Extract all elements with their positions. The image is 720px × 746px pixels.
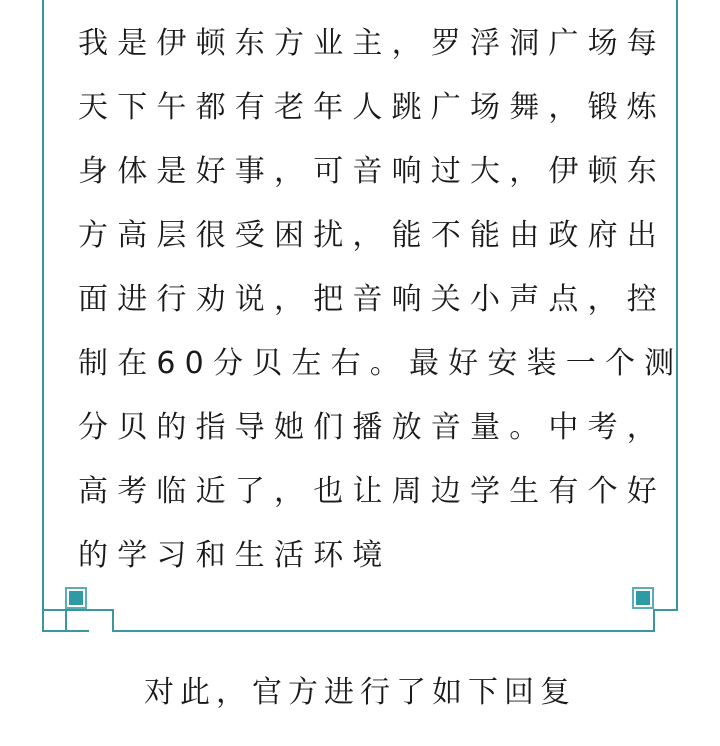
- corner-br-vertical: [653, 609, 655, 632]
- corner-bl-horizontal-lower: [42, 630, 89, 632]
- quote-line: 方高层很受困扰，能不能由政府出: [78, 204, 644, 268]
- quote-line: 我是伊顿东方业主，罗浮洞广场每: [78, 12, 644, 76]
- frame-bottom-border: [112, 630, 655, 632]
- frame-right-border: [676, 0, 678, 610]
- corner-bl-vertical-step: [112, 609, 114, 631]
- reply-caption: 对此，官方进行了如下回复: [0, 667, 720, 711]
- corner-bl-vertical-inner: [65, 609, 67, 631]
- corner-br-square-icon: [632, 587, 654, 609]
- corner-br-square-fill: [636, 591, 650, 605]
- quote-body: 我是伊顿东方业主，罗浮洞广场每 天下午都有老年人跳广场舞，锻炼 身体是好事，可音…: [78, 12, 644, 588]
- quote-line: 身体是好事，可音响过大，伊顿东: [78, 140, 644, 204]
- quote-line: 的学习和生活环境: [78, 524, 644, 588]
- corner-bl-square-icon: [65, 587, 87, 609]
- corner-bl-square-fill: [69, 591, 83, 605]
- quote-line: 高考临近了，也让周边学生有个好: [78, 460, 644, 524]
- quote-line: 天下午都有老年人跳广场舞，锻炼: [78, 76, 644, 140]
- quote-line: 面进行劝说，把音响关小声点，控: [78, 268, 644, 332]
- corner-bl-horizontal-upper: [42, 609, 114, 611]
- quote-line: 制在60分贝左右。最好安装一个测: [78, 332, 644, 396]
- frame-left-border: [42, 0, 44, 631]
- quote-line: 分贝的指导她们播放音量。中考，: [78, 396, 644, 460]
- corner-br-horizontal: [653, 609, 678, 611]
